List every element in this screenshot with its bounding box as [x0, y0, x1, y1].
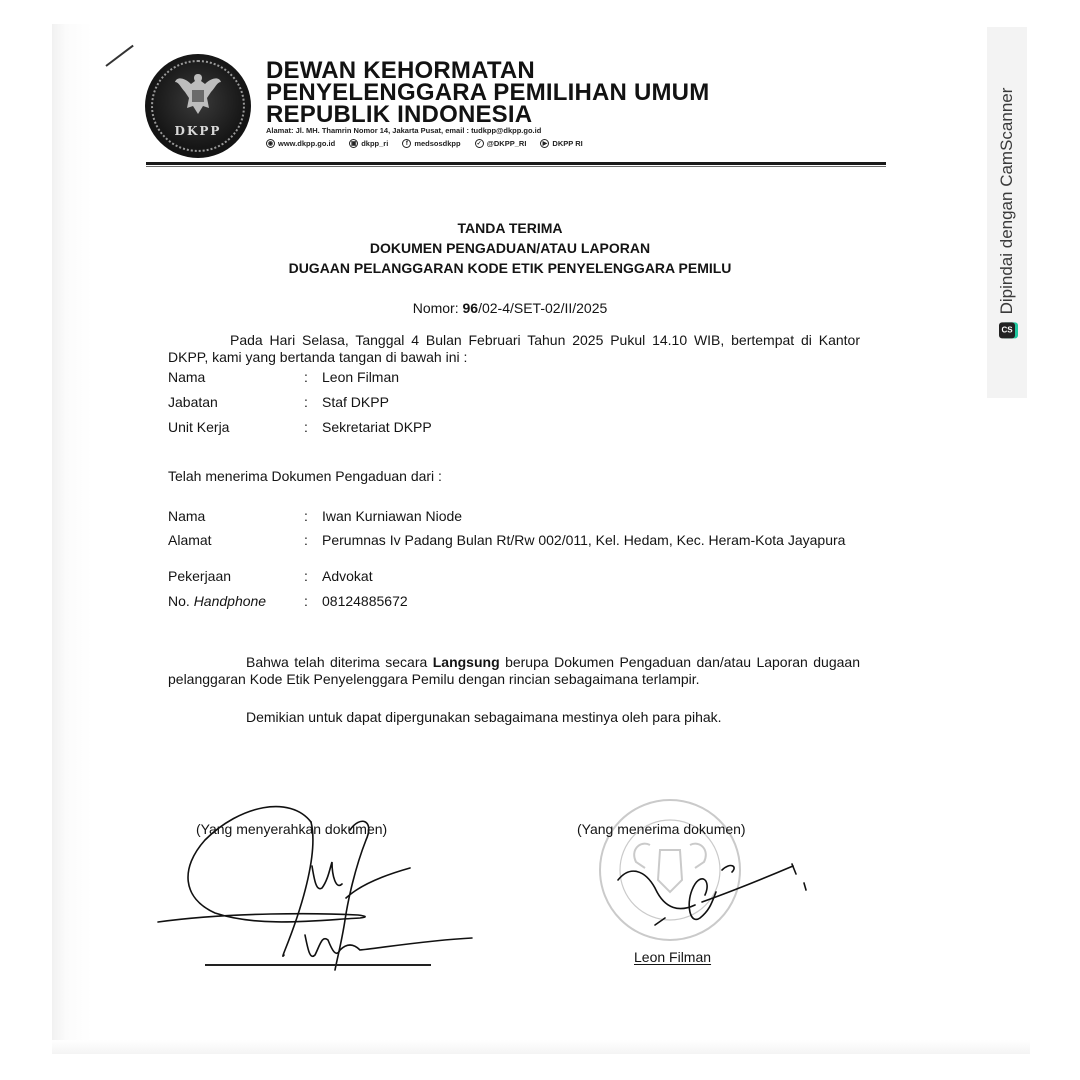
twitter-icon: ✓ — [475, 139, 484, 148]
dkpp-logo: DKPP — [145, 54, 251, 158]
org-address: Alamat: Jl. MH. Thamrin Nomor 14, Jakart… — [266, 126, 541, 135]
field-value: Perumnas Iv Padang Bulan Rt/Rw 002/011, … — [322, 532, 862, 549]
complainant-occupation-row: Pekerjaan : Advokat — [168, 568, 862, 585]
document-title: TANDA TERIMA DOKUMEN PENGADUAN/ATAU LAPO… — [160, 218, 860, 278]
title-line: DOKUMEN PENGADUAN/ATAU LAPORAN — [160, 238, 860, 258]
field-label: No. Handphone — [168, 593, 304, 610]
closing-bold: Langsung — [433, 654, 500, 670]
field-colon: : — [304, 419, 322, 436]
field-label: Nama — [168, 508, 304, 525]
social-twitter: ✓ @DKPP_RI — [475, 139, 527, 148]
field-value: Leon Filman — [322, 369, 862, 386]
globe-icon: ◉ — [266, 139, 275, 148]
instagram-icon: ▣ — [349, 139, 358, 148]
demikian-paragraph: Demikian untuk dapat dipergunakan sebaga… — [168, 709, 860, 726]
header-divider-thin — [146, 166, 886, 167]
title-line: DUGAAN PELANGGARAN KODE ETIK PENYELENGGA… — [160, 258, 860, 278]
field-label: Pekerjaan — [168, 568, 304, 585]
org-title-line: REPUBLIK INDONESIA — [266, 104, 709, 126]
number-bold: 96 — [463, 300, 479, 316]
field-value: 08124885672 — [322, 593, 862, 610]
social-label: dkpp_ri — [361, 139, 388, 148]
social-instagram: ▣ dkpp_ri — [349, 139, 388, 148]
field-label: Nama — [168, 369, 304, 386]
social-label: @DKPP_RI — [487, 139, 527, 148]
field-colon: : — [304, 508, 322, 525]
label-prefix: No. — [168, 593, 194, 609]
receiver-position-row: Jabatan : Staf DKPP — [168, 394, 862, 411]
organization-name: DEWAN KEHORMATAN PENYELENGGARA PEMILIHAN… — [266, 60, 709, 126]
field-colon: : — [304, 593, 322, 610]
receiver-caption: (Yang menerima dokumen) — [577, 821, 746, 837]
closing-part1: Bahwa telah diterima secara — [246, 654, 433, 670]
social-links: ◉ www.dkpp.go.id ▣ dkpp_ri f medsosdkpp … — [266, 139, 583, 148]
header-divider — [146, 162, 886, 165]
camscanner-logo-icon: CS — [999, 322, 1015, 338]
logo-text: DKPP — [145, 124, 251, 138]
complainant-address-row: Alamat : Perumnas Iv Padang Bulan Rt/Rw … — [168, 532, 862, 549]
garuda-emblem-icon — [171, 70, 225, 118]
label-italic: Handphone — [194, 593, 266, 609]
intro-paragraph: Pada Hari Selasa, Tanggal 4 Bulan Februa… — [168, 332, 860, 366]
title-line: TANDA TERIMA — [160, 218, 860, 238]
document-number: Nomor: 96/02-4/SET-02/II/2025 — [160, 300, 860, 316]
field-label: Jabatan — [168, 394, 304, 411]
complainant-name-row: Nama : Iwan Kurniawan Niode — [168, 508, 862, 525]
receiver-unit-row: Unit Kerja : Sekretariat DKPP — [168, 419, 862, 436]
receiver-name-row: Nama : Leon Filman — [168, 369, 862, 386]
receiver-signature-name: Leon Filman — [634, 949, 711, 965]
social-label: DKPP RI — [552, 139, 582, 148]
youtube-icon: ▶ — [540, 139, 549, 148]
facebook-icon: f — [402, 139, 411, 148]
social-label: medsosdkpp — [414, 139, 460, 148]
complainant-phone-row: No. Handphone : 08124885672 — [168, 593, 862, 610]
social-facebook: f medsosdkpp — [402, 139, 460, 148]
field-label: Alamat — [168, 532, 304, 549]
closing-paragraph: Bahwa telah diterima secara Langsung ber… — [168, 654, 860, 688]
camscanner-text: Dipindai dengan CamScanner — [997, 87, 1017, 314]
field-colon: : — [304, 532, 322, 549]
field-value: Staf DKPP — [322, 394, 862, 411]
field-label: Unit Kerja — [168, 419, 304, 436]
social-youtube: ▶ DKPP RI — [540, 139, 582, 148]
number-rest: /02-4/SET-02/II/2025 — [478, 300, 607, 316]
field-value: Sekretariat DKPP — [322, 419, 862, 436]
field-colon: : — [304, 394, 322, 411]
number-label: Nomor: — [413, 300, 463, 316]
field-value: Advokat — [322, 568, 862, 585]
signature-line — [205, 964, 431, 966]
camscanner-watermark: CS Dipindai dengan CamScanner — [987, 27, 1027, 398]
field-colon: : — [304, 369, 322, 386]
received-from-text: Telah menerima Dokumen Pengaduan dari : — [168, 468, 860, 485]
submitter-caption: (Yang menyerahkan dokumen) — [196, 821, 387, 837]
field-colon: : — [304, 568, 322, 585]
field-value: Iwan Kurniawan Niode — [322, 508, 862, 525]
social-website: ◉ www.dkpp.go.id — [266, 139, 335, 148]
page-shadow — [52, 1040, 1030, 1054]
social-label: www.dkpp.go.id — [278, 139, 335, 148]
